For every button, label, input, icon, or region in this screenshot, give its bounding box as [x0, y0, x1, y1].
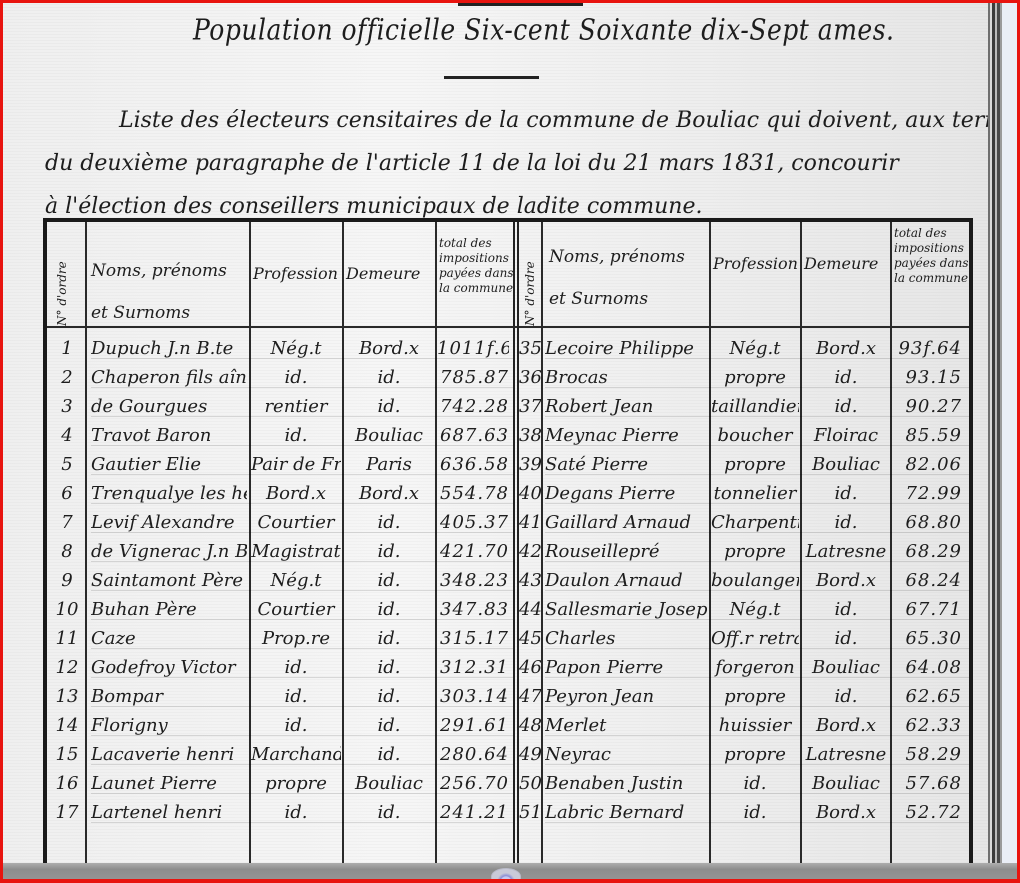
- elector-profession: Nég.t: [251, 334, 341, 363]
- elector-tax-total: 315.17: [437, 624, 509, 653]
- elector-tax-total: 554.78: [437, 479, 509, 508]
- elector-name: Charles: [545, 624, 707, 653]
- table-row: 7Levif AlexandreCourtierid.405.37: [47, 508, 513, 537]
- elector-profession: Bord.x: [251, 479, 341, 508]
- intro-line-2: du deuxième paragraphe de l'article 11 d…: [45, 142, 975, 185]
- elector-residence: id.: [802, 392, 890, 421]
- row-number: 36: [519, 363, 541, 392]
- row-number: 35: [519, 334, 541, 363]
- elector-name: Travot Baron: [91, 421, 247, 450]
- page-binding-edge: [988, 3, 1002, 863]
- table-row: 43Daulon ArnaudboulangerBord.x68.24: [519, 566, 969, 595]
- elector-residence: id.: [802, 595, 890, 624]
- elector-name: Bompar: [91, 682, 247, 711]
- elector-residence: id.: [344, 624, 434, 653]
- table-row: 10Buhan PèreCourtierid.347.83: [47, 595, 513, 624]
- elector-name: Labric Bernard: [545, 798, 707, 827]
- title-underline: [444, 76, 539, 79]
- elector-name: Gaillard Arnaud: [545, 508, 707, 537]
- row-number: 6: [51, 479, 83, 508]
- elector-profession: Magistrat: [251, 537, 341, 566]
- elector-name: Sallesmarie Joseph: [545, 595, 707, 624]
- elector-profession: id.: [251, 421, 341, 450]
- elector-name: Brocas: [545, 363, 707, 392]
- elector-name: Papon Pierre: [545, 653, 707, 682]
- table-row: 49NeyracpropreLatresne58.29: [519, 740, 969, 769]
- elector-profession: Courtier: [251, 595, 341, 624]
- elector-name: Levif Alexandre: [91, 508, 247, 537]
- header-name: Noms, prénoms et Surnoms: [91, 250, 227, 334]
- elector-name: Degans Pierre: [545, 479, 707, 508]
- table-row: 38Meynac PierreboucherFloirac85.59: [519, 421, 969, 450]
- row-number: 7: [51, 508, 83, 537]
- electors-table: N° d'ordre Noms, prénoms et Surnoms Prof…: [43, 218, 973, 863]
- elector-tax-total: 90.27: [892, 392, 962, 421]
- elector-tax-total: 785.87: [437, 363, 509, 392]
- elector-residence: id.: [344, 711, 434, 740]
- elector-residence: id.: [344, 740, 434, 769]
- row-number: 8: [51, 537, 83, 566]
- elector-tax-total: 62.65: [892, 682, 962, 711]
- elector-residence: Latresne: [802, 537, 890, 566]
- elector-profession: tonnelier: [711, 479, 799, 508]
- elector-residence: id.: [344, 595, 434, 624]
- header-order-right: N° d'ordre: [523, 236, 537, 326]
- elector-tax-total: 57.68: [892, 769, 962, 798]
- elector-name: Rouseillepré: [545, 537, 707, 566]
- table-left-half: N° d'ordre Noms, prénoms et Surnoms Prof…: [47, 222, 517, 863]
- row-number: 42: [519, 537, 541, 566]
- elector-residence: Bord.x: [802, 798, 890, 827]
- elector-name: Chaperon fils aîné: [91, 363, 247, 392]
- row-number: 1: [51, 334, 83, 363]
- elector-residence: Bord.x: [344, 334, 434, 363]
- table-row: 42RouseilleprépropreLatresne68.29: [519, 537, 969, 566]
- elector-name: de Vignerac J.n B.te: [91, 537, 247, 566]
- elector-tax-total: 291.61: [437, 711, 509, 740]
- elector-profession: id.: [251, 653, 341, 682]
- elector-name: Gautier Elie: [91, 450, 247, 479]
- header-profession-right: Profession: [713, 254, 798, 273]
- elector-residence: Bord.x: [344, 479, 434, 508]
- page-title: Population officielle Six-cent Soixante …: [193, 13, 773, 46]
- window-edge: [1002, 3, 1017, 863]
- table-row: 50Benaben Justinid.Bouliac57.68: [519, 769, 969, 798]
- elector-profession: id.: [711, 769, 799, 798]
- table-row: 37Robert Jeantaillandierid.90.27: [519, 392, 969, 421]
- elector-profession: boulanger: [711, 566, 799, 595]
- elector-tax-total: 241.21: [437, 798, 509, 827]
- elector-tax-total: 72.99: [892, 479, 962, 508]
- elector-name: Merlet: [545, 711, 707, 740]
- elector-profession: id.: [251, 711, 341, 740]
- elector-name: de Gourgues: [91, 392, 247, 421]
- elector-profession: id.: [251, 682, 341, 711]
- row-number: 43: [519, 566, 541, 595]
- elector-residence: Bouliac: [344, 769, 434, 798]
- elector-profession: Nég.t: [711, 595, 799, 624]
- elector-profession: forgeron: [711, 653, 799, 682]
- elector-profession: boucher: [711, 421, 799, 450]
- elector-residence: Bouliac: [802, 769, 890, 798]
- row-number: 17: [51, 798, 83, 827]
- table-row: 14Florignyid.id.291.61: [47, 711, 513, 740]
- elector-residence: id.: [802, 682, 890, 711]
- row-number: 12: [51, 653, 83, 682]
- elector-tax-total: 68.24: [892, 566, 962, 595]
- elector-name: Caze: [91, 624, 247, 653]
- elector-residence: id.: [802, 624, 890, 653]
- elector-name: Trenqualye les héritiers: [91, 479, 247, 508]
- elector-tax-total: 303.14: [437, 682, 509, 711]
- elector-name: Saté Pierre: [545, 450, 707, 479]
- elector-name: Daulon Arnaud: [545, 566, 707, 595]
- row-number: 5: [51, 450, 83, 479]
- elector-profession: Pair de France: [251, 450, 341, 479]
- elector-name: Buhan Père: [91, 595, 247, 624]
- table-row: 5Gautier EliePair de FranceParis636.58: [47, 450, 513, 479]
- elector-profession: huissier: [711, 711, 799, 740]
- elector-residence: Bord.x: [802, 711, 890, 740]
- elector-residence: Bouliac: [802, 450, 890, 479]
- row-number: 39: [519, 450, 541, 479]
- table-row: 11CazeProp.reid.315.17: [47, 624, 513, 653]
- table-row: 17Lartenel henriid.id.241.21: [47, 798, 513, 827]
- table-row: 12Godefroy Victorid.id.312.31: [47, 653, 513, 682]
- elector-residence: Latresne: [802, 740, 890, 769]
- elector-tax-total: 280.64: [437, 740, 509, 769]
- row-number: 49: [519, 740, 541, 769]
- elector-tax-total: 93.15: [892, 363, 962, 392]
- row-number: 4: [51, 421, 83, 450]
- elector-residence: Bouliac: [344, 421, 434, 450]
- elector-residence: id.: [344, 537, 434, 566]
- elector-residence: Bord.x: [802, 334, 890, 363]
- elector-tax-total: 82.06: [892, 450, 962, 479]
- elector-profession: propre: [711, 363, 799, 392]
- elector-profession: propre: [251, 769, 341, 798]
- elector-tax-total: 1011f.65: [437, 334, 509, 363]
- elector-name: Lartenel henri: [91, 798, 247, 827]
- intro-paragraph: Liste des électeurs censitaires de la co…: [45, 99, 975, 228]
- table-row: 36Brocaspropreid.93.15: [519, 363, 969, 392]
- elector-tax-total: 62.33: [892, 711, 962, 740]
- header-name-right: Noms, prénoms et Surnoms: [549, 236, 685, 320]
- row-number: 9: [51, 566, 83, 595]
- viewer-bottom-bar[interactable]: [3, 863, 1017, 879]
- row-number: 47: [519, 682, 541, 711]
- intro-line-1: Liste des électeurs censitaires de la co…: [45, 99, 975, 142]
- elector-name: Neyrac: [545, 740, 707, 769]
- elector-profession: propre: [711, 450, 799, 479]
- row-number: 13: [51, 682, 83, 711]
- table-row: 51Labric Bernardid.Bord.x52.72: [519, 798, 969, 827]
- row-number: 41: [519, 508, 541, 537]
- elector-tax-total: 348.23: [437, 566, 509, 595]
- elector-name: Meynac Pierre: [545, 421, 707, 450]
- elector-tax-total: 85.59: [892, 421, 962, 450]
- elector-profession: Courtier: [251, 508, 341, 537]
- row-number: 11: [51, 624, 83, 653]
- row-number: 3: [51, 392, 83, 421]
- elector-residence: Floirac: [802, 421, 890, 450]
- elector-tax-total: 256.70: [437, 769, 509, 798]
- elector-tax-total: 68.80: [892, 508, 962, 537]
- elector-residence: Bouliac: [802, 653, 890, 682]
- table-row: 46Papon PierreforgeronBouliac64.08: [519, 653, 969, 682]
- elector-name: Saintamont Père: [91, 566, 247, 595]
- table-row: 15Lacaverie henriMarchandid.280.64: [47, 740, 513, 769]
- row-number: 14: [51, 711, 83, 740]
- table-row: 3de Gourguesrentierid.742.28: [47, 392, 513, 421]
- elector-residence: id.: [344, 363, 434, 392]
- row-number: 44: [519, 595, 541, 624]
- elector-name: Benaben Justin: [545, 769, 707, 798]
- row-number: 46: [519, 653, 541, 682]
- top-rule: [458, 3, 583, 6]
- table-row: 8de Vignerac J.n B.teMagistratid.421.70: [47, 537, 513, 566]
- elector-profession: Prop.re: [251, 624, 341, 653]
- elector-profession: id.: [251, 798, 341, 827]
- elector-name: Dupuch J.n B.te: [91, 334, 247, 363]
- elector-tax-total: 52.72: [892, 798, 962, 827]
- elector-profession: taillandier: [711, 392, 799, 421]
- table-row: 1Dupuch J.n B.teNég.tBord.x1011f.65: [47, 334, 513, 363]
- elector-residence: id.: [802, 363, 890, 392]
- row-number: 2: [51, 363, 83, 392]
- header-profession: Profession: [253, 264, 338, 283]
- header-residence: Demeure: [346, 264, 420, 283]
- table-row: 39Saté PierrepropreBouliac82.06: [519, 450, 969, 479]
- elector-tax-total: 64.08: [892, 653, 962, 682]
- table-row: 4Travot Baronid.Bouliac687.63: [47, 421, 513, 450]
- elector-tax-total: 312.31: [437, 653, 509, 682]
- row-number: 50: [519, 769, 541, 798]
- header-total-right: total des impositions payées dans la com…: [894, 226, 969, 286]
- row-number: 10: [51, 595, 83, 624]
- row-number: 37: [519, 392, 541, 421]
- table-row: 6Trenqualye les héritiersBord.xBord.x554…: [47, 479, 513, 508]
- table-row: 41Gaillard ArnaudCharpentierid.68.80: [519, 508, 969, 537]
- table-row: 35Lecoire PhilippeNég.tBord.x93f.64: [519, 334, 969, 363]
- elector-profession: Nég.t: [711, 334, 799, 363]
- table-right-half: N° d'ordre Noms, prénoms et Surnoms Prof…: [519, 222, 969, 863]
- elector-profession: rentier: [251, 392, 341, 421]
- header-total: total des impositions payées dans la com…: [439, 236, 514, 296]
- elector-name: Lacaverie henri: [91, 740, 247, 769]
- elector-profession: propre: [711, 537, 799, 566]
- row-number: 40: [519, 479, 541, 508]
- elector-residence: id.: [344, 566, 434, 595]
- elector-tax-total: 421.70: [437, 537, 509, 566]
- table-row: 40Degans Pierretonnelierid.72.99: [519, 479, 969, 508]
- elector-profession: id.: [711, 798, 799, 827]
- elector-name: Peyron Jean: [545, 682, 707, 711]
- row-number: 45: [519, 624, 541, 653]
- elector-profession: Marchand: [251, 740, 341, 769]
- table-row: 9Saintamont PèreNég.tid.348.23: [47, 566, 513, 595]
- table-row: 2Chaperon fils aînéid.id.785.87: [47, 363, 513, 392]
- elector-profession: Nég.t: [251, 566, 341, 595]
- elector-residence: id.: [344, 508, 434, 537]
- elector-tax-total: 67.71: [892, 595, 962, 624]
- elector-residence: id.: [344, 653, 434, 682]
- row-number: 16: [51, 769, 83, 798]
- elector-profession: propre: [711, 682, 799, 711]
- header-order: N° d'ordre: [55, 236, 69, 326]
- elector-residence: id.: [344, 392, 434, 421]
- elector-residence: id.: [802, 479, 890, 508]
- elector-tax-total: 68.29: [892, 537, 962, 566]
- elector-residence: Bord.x: [802, 566, 890, 595]
- elector-tax-total: 93f.64: [892, 334, 962, 363]
- table-row: 47Peyron Jeanpropreid.62.65: [519, 682, 969, 711]
- circular-handle-icon[interactable]: [491, 868, 521, 883]
- table-row: 16Launet PierrepropreBouliac256.70: [47, 769, 513, 798]
- elector-residence: id.: [344, 798, 434, 827]
- elector-name: Lecoire Philippe: [545, 334, 707, 363]
- row-number: 38: [519, 421, 541, 450]
- elector-profession: Off.r retraité: [711, 624, 799, 653]
- elector-residence: Paris: [344, 450, 434, 479]
- elector-name: Robert Jean: [545, 392, 707, 421]
- row-number: 51: [519, 798, 541, 827]
- elector-name: Florigny: [91, 711, 247, 740]
- document-page: Population officielle Six-cent Soixante …: [3, 3, 988, 863]
- elector-residence: id.: [344, 682, 434, 711]
- elector-profession: Charpentier: [711, 508, 799, 537]
- elector-tax-total: 347.83: [437, 595, 509, 624]
- elector-tax-total: 58.29: [892, 740, 962, 769]
- elector-profession: id.: [251, 363, 341, 392]
- elector-name: Launet Pierre: [91, 769, 247, 798]
- elector-tax-total: 742.28: [437, 392, 509, 421]
- elector-tax-total: 405.37: [437, 508, 509, 537]
- row-number: 15: [51, 740, 83, 769]
- table-row: 48MerlethuissierBord.x62.33: [519, 711, 969, 740]
- table-row: 44Sallesmarie JosephNég.tid.67.71: [519, 595, 969, 624]
- table-row: 13Bomparid.id.303.14: [47, 682, 513, 711]
- elector-tax-total: 687.63: [437, 421, 509, 450]
- row-number: 48: [519, 711, 541, 740]
- elector-profession: propre: [711, 740, 799, 769]
- elector-tax-total: 636.58: [437, 450, 509, 479]
- elector-tax-total: 65.30: [892, 624, 962, 653]
- elector-residence: id.: [802, 508, 890, 537]
- header-residence-right: Demeure: [804, 254, 878, 273]
- table-row: 45CharlesOff.r retraitéid.65.30: [519, 624, 969, 653]
- elector-name: Godefroy Victor: [91, 653, 247, 682]
